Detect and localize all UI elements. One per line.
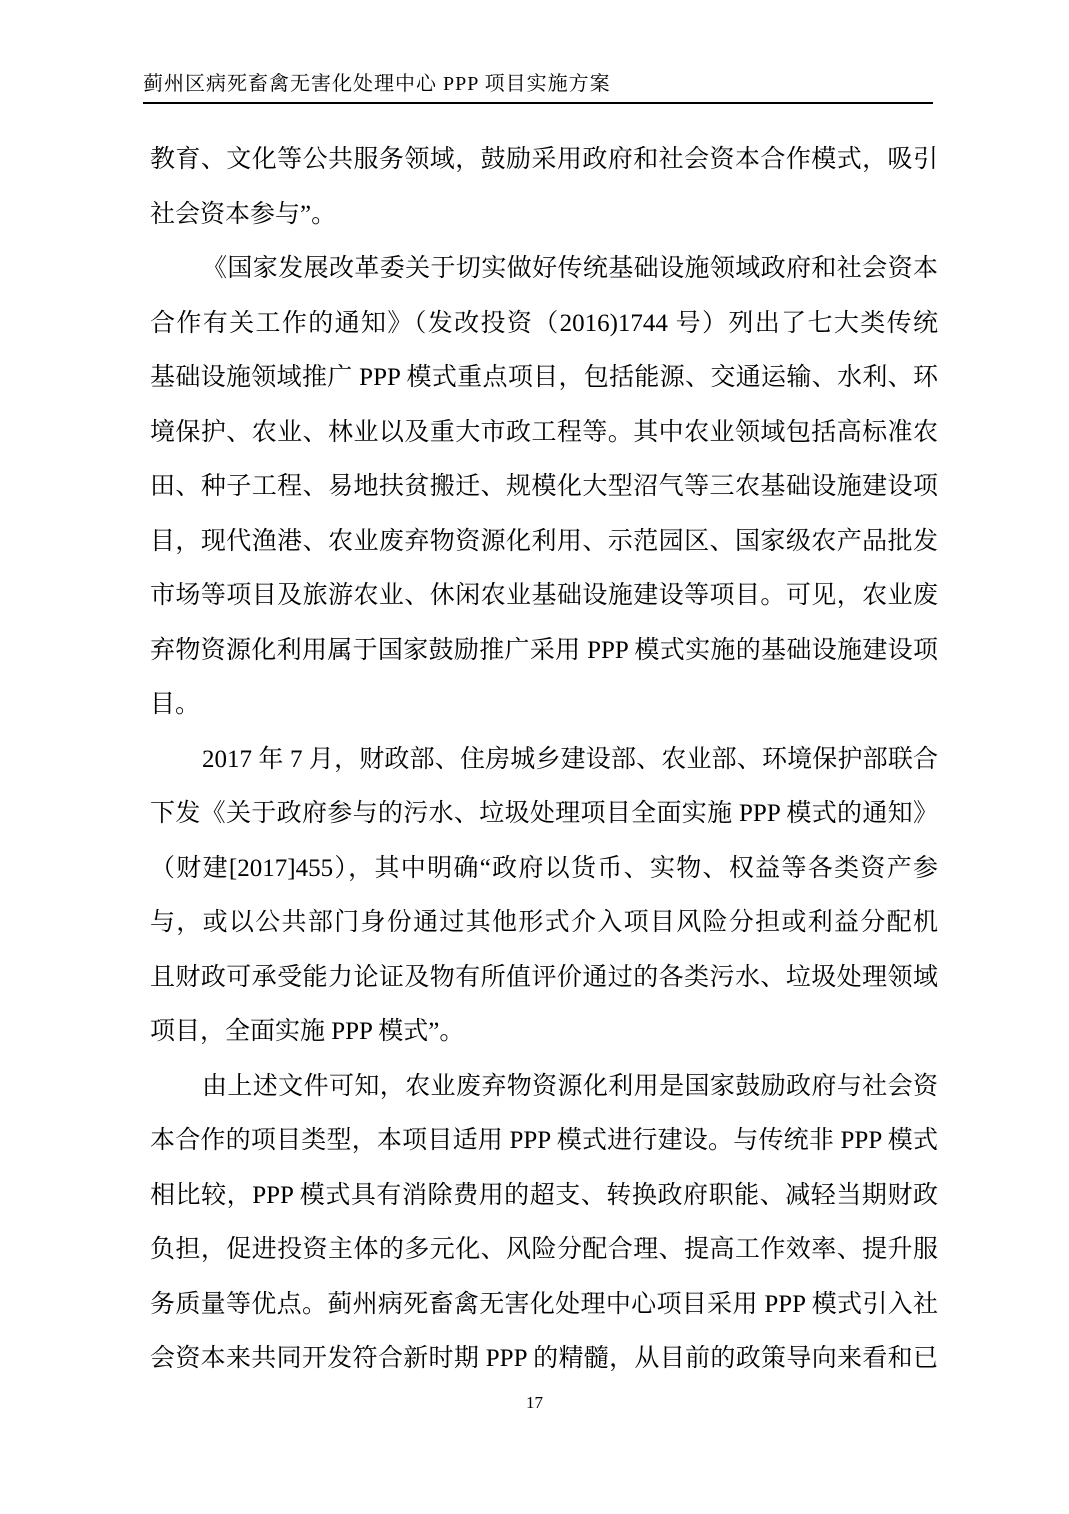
text-line: 相比较，PPP 模式具有消除费用的超支、转换政府职能、减轻当期财政 [150, 1169, 938, 1224]
text-line: 且财政可承受能力论证及物有所值评价通过的各类污水、垃圾处理领域 [150, 951, 938, 1006]
page-number: 17 [526, 1393, 543, 1412]
document-body: 教育、文化等公共服务领域，鼓励采用政府和社会资本合作模式，吸引 社会资本参与”。… [150, 133, 938, 1387]
text-line: 田、种子工程、易地扶贫搬迁、规模化大型沼气等三农基础设施建设项 [150, 460, 938, 515]
text-line: 弃物资源化利用属于国家鼓励推广采用 PPP 模式实施的基础设施建设项 [150, 624, 938, 679]
text-line: 负担，促进投资主体的多元化、风险分配合理、提高工作效率、提升服 [150, 1223, 938, 1278]
text-line: 目，现代渔港、农业废弃物资源化利用、示范园区、国家级农产品批发 [150, 515, 938, 570]
text-line: 下发《关于政府参与的污水、垃圾处理项目全面实施 PPP 模式的通知》 [150, 787, 938, 842]
text-line: 合作有关工作的通知》（发改投资（2016)1744 号）列出了七大类传统 [150, 297, 938, 352]
text-line: 由上述文件可知，农业废弃物资源化利用是国家鼓励政府与社会资 [150, 1060, 938, 1115]
text-line: 境保护、农业、林业以及重大市政工程等。其中农业领域包括高标准农 [150, 406, 938, 461]
text-line: 《国家发展改革委关于切实做好传统基础设施领域政府和社会资本 [150, 242, 938, 297]
text-line: 与，或以公共部门身份通过其他形式介入项目风险分担或利益分配机制， [150, 896, 938, 951]
text-line: 项目，全面实施 PPP 模式”。 [150, 1005, 938, 1060]
text-line: （财建[2017]455），其中明确“政府以货币、实物、权益等各类资产参 [150, 842, 938, 897]
text-line: 会资本来共同开发符合新时期 PPP 的精髓，从目前的政策导向来看和已 [150, 1332, 938, 1387]
text-line: 本合作的项目类型，本项目适用 PPP 模式进行建设。与传统非 PPP 模式 [150, 1114, 938, 1169]
text-line: 市场等项目及旅游农业、休闲农业基础设施建设等项目。可见，农业废 [150, 569, 938, 624]
document-page: 蓟州区病死畜禽无害化处理中心 PPP 项目实施方案 教育、文化等公共服务领域，鼓… [0, 0, 1069, 1514]
page-header: 蓟州区病死畜禽无害化处理中心 PPP 项目实施方案 [143, 72, 933, 104]
text-line: 社会资本参与”。 [150, 188, 938, 243]
text-line: 务质量等优点。蓟州病死畜禽无害化处理中心项目采用 PPP 模式引入社 [150, 1278, 938, 1333]
text-line: 基础设施领域推广 PPP 模式重点项目，包括能源、交通运输、水利、环 [150, 351, 938, 406]
header-title: 蓟州区病死畜禽无害化处理中心 PPP 项目实施方案 [143, 73, 611, 95]
text-line: 2017 年 7 月，财政部、住房城乡建设部、农业部、环境保护部联合 [150, 733, 938, 788]
text-line: 教育、文化等公共服务领域，鼓励采用政府和社会资本合作模式，吸引 [150, 133, 938, 188]
page-footer: 17 [0, 1393, 1069, 1413]
text-line: 目。 [150, 678, 938, 733]
